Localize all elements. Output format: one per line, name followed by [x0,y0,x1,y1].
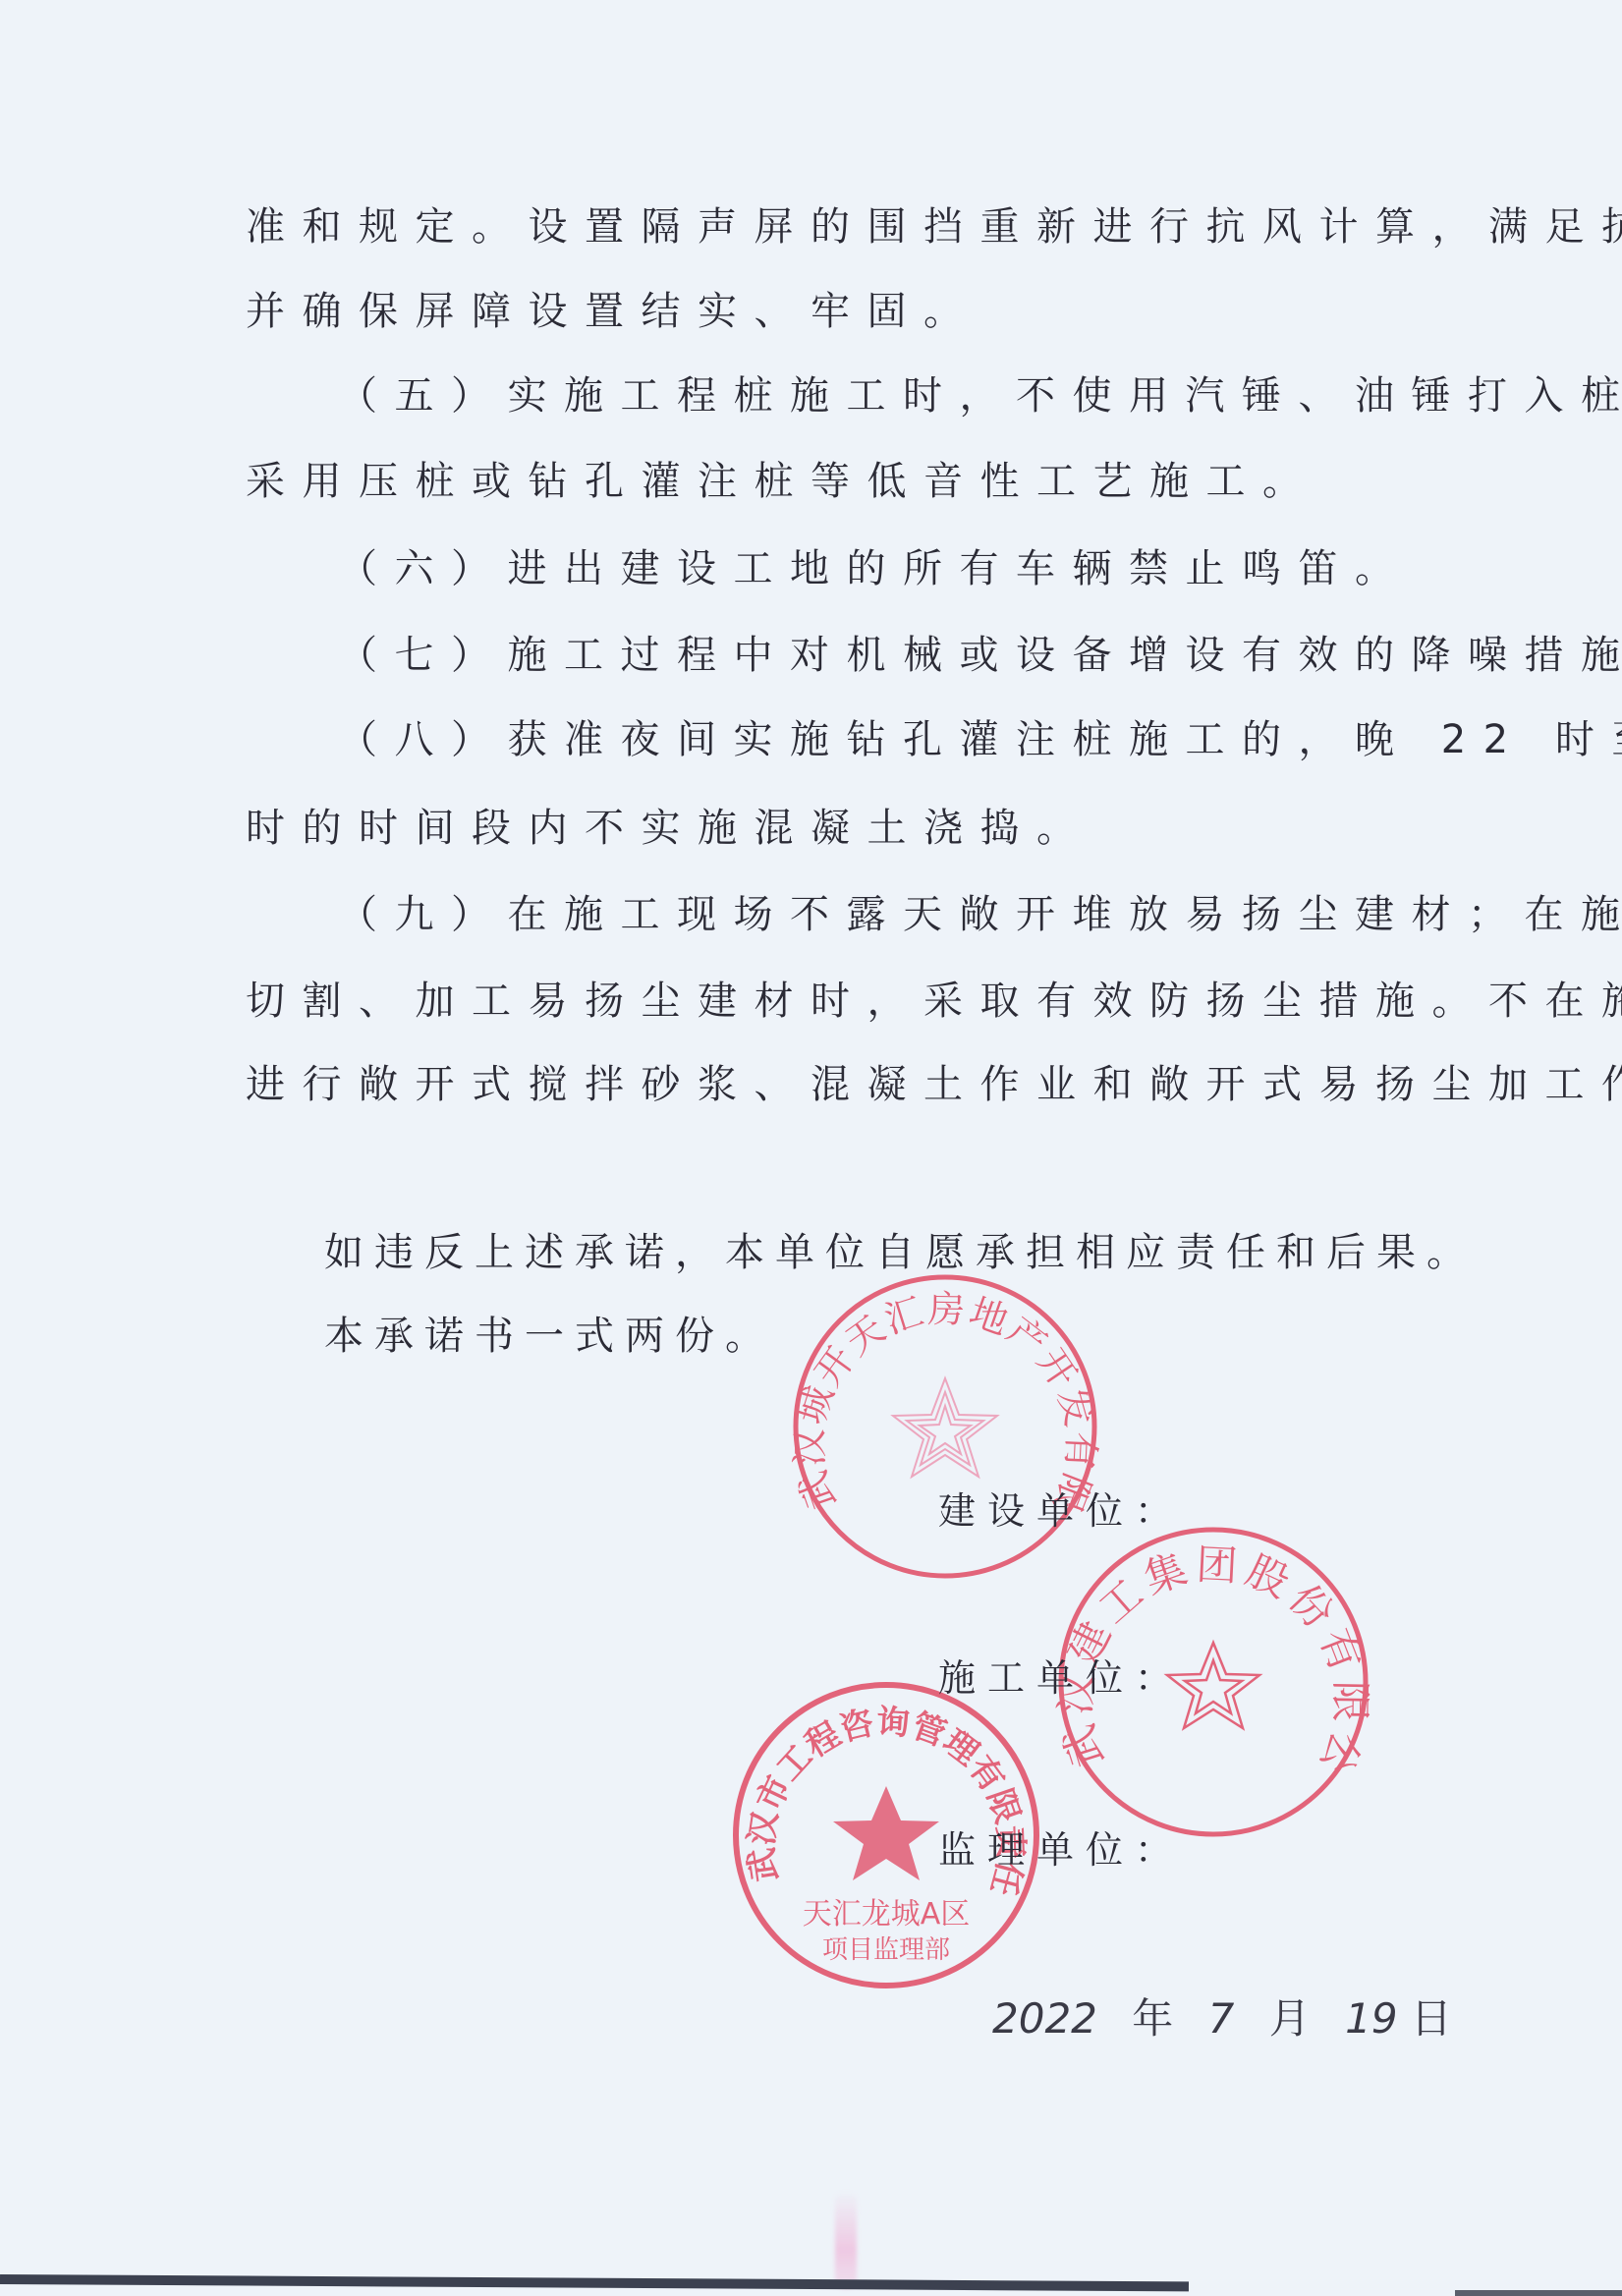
date-day: 19 [1345,1994,1397,2043]
date-day-unit: 日 [1411,1994,1452,2043]
clause-9-line-3: 进行敞开式搅拌砂浆、混凝土作业和敞开式易扬尘加工作业。 [246,1061,1375,1108]
clause-8-line-1: （八）获准夜间实施钻孔灌注桩施工的，晚 22 时至次日 6 [338,716,1375,763]
clause-9-line-1: （九）在施工现场不露天敞开堆放易扬尘建材；在施工现场 [338,891,1375,938]
svg-text:武汉城开天汇房地产开发有限公司: 武汉城开天汇房地产开发有限公司 [786,1272,1103,1520]
scanned-document-page: 准和规定。设置隔声屏的围挡重新进行抗风计算，满足抗风要求， 并确保屏障设置结实、… [0,0,1622,2296]
date-year: 2022 [992,1994,1097,2043]
copies-statement: 本承诺书一式两份。 [324,1313,775,1360]
svg-text:天汇龙城A区: 天汇龙城A区 [803,1897,971,1932]
body-line-1: 准和规定。设置隔声屏的围挡重新进行抗风计算，满足抗风要求， [246,203,1375,251]
date-month-unit: 月 [1269,1994,1311,2043]
clause-6: （六）进出建设工地的所有车辆禁止鸣笛。 [338,545,1375,592]
liability-statement: 如违反上述承诺，本单位自愿承担相应责任和后果。 [324,1229,1477,1276]
clause-5-line-2: 采用压桩或钻孔灌注桩等低音性工艺施工。 [246,458,1375,505]
svg-text:项目监理部: 项目监理部 [822,1935,950,1965]
owner-company-seal: 武汉城开天汇房地产开发有限公司 [786,1272,1105,1582]
construction-owner-label: 建设单位： [938,1488,1184,1534]
date-month: 7 [1208,1994,1235,2043]
star-icon [893,1378,997,1477]
clause-8-line-2: 时的时间段内不实施混凝土浇捣。 [246,805,1375,852]
clause-9-line-2: 切割、加工易扬尘建材时，采取有效防扬尘措施。不在施工现场 [246,978,1375,1025]
ink-smudge [835,2191,857,2289]
clause-7: （七）施工过程中对机械或设备增设有效的降噪措施。 [338,632,1375,679]
star-icon [833,1786,939,1880]
scanner-edge-shadow-right [1455,2290,1622,2296]
scanner-edge-shadow [0,2274,1189,2291]
body-line-2: 并确保屏障设置结实、牢固。 [246,288,1375,335]
clause-5-line-1: （五）实施工程桩施工时，不使用汽锤、油锤打入桩工艺， [338,372,1375,420]
signing-date: 2022 年 7 月 19 日 [992,1994,1452,2044]
contractor-label: 施工单位： [938,1655,1184,1701]
supervisor-label: 监理单位： [938,1827,1184,1873]
date-year-unit: 年 [1132,1994,1173,2043]
